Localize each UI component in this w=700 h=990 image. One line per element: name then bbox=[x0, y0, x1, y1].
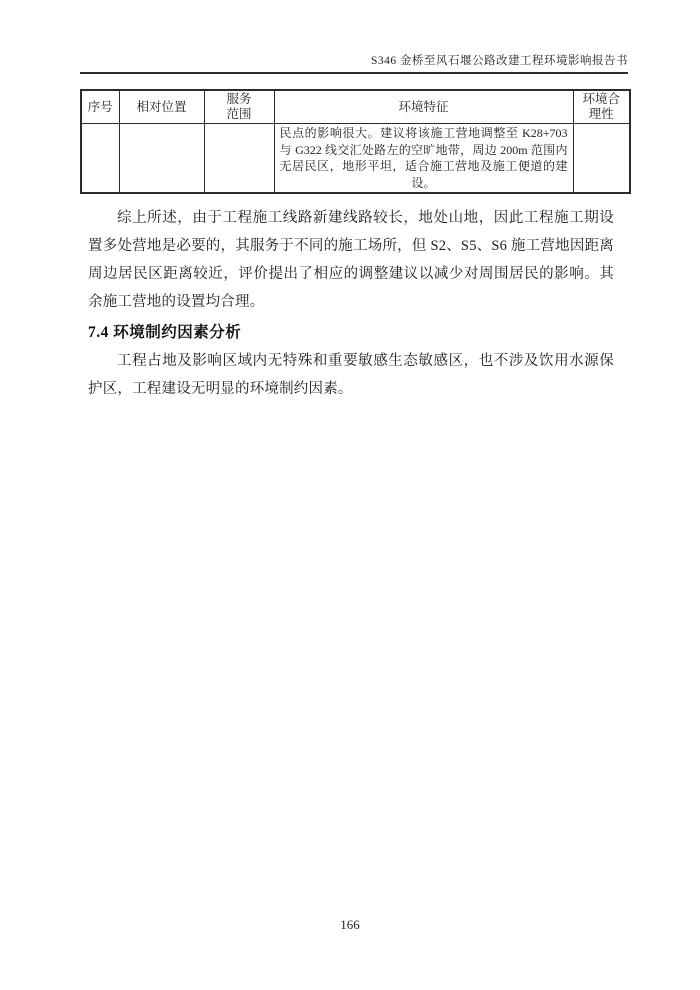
table-header-row: 序号 相对位置 服务 范围 环境特征 环境合 理性 bbox=[81, 90, 630, 124]
column-header-feature: 环境特征 bbox=[274, 90, 573, 124]
column-header-seq: 序号 bbox=[81, 90, 119, 124]
table-row: 民点的影响很大。建议将该施工营地调整至 K28+703 与 G322 线交汇处路… bbox=[81, 124, 630, 194]
summary-paragraph: 综上所述，由于工程施工线路新建线路较长，地处山地，因此工程施工期设置多处营地是必… bbox=[88, 204, 614, 316]
column-header-position: 相对位置 bbox=[119, 90, 204, 124]
running-header-title: S346 金桥至风石堰公路改建工程环境影响报告书 bbox=[80, 53, 628, 69]
cell-seq bbox=[81, 124, 119, 194]
column-header-rationality: 环境合 理性 bbox=[573, 90, 630, 124]
environment-feature-table: 序号 相对位置 服务 范围 环境特征 环境合 理性 民点的影响很大。建议将该施工… bbox=[80, 89, 631, 194]
document-page: S346 金桥至风石堰公路改建工程环境影响报告书 序号 相对位置 服务 范围 环… bbox=[0, 0, 700, 990]
body-content: 综上所述，由于工程施工线路新建线路较长，地处山地，因此工程施工期设置多处营地是必… bbox=[88, 204, 614, 403]
cell-rationality bbox=[573, 124, 630, 194]
cell-scope bbox=[204, 124, 274, 194]
column-header-scope: 服务 范围 bbox=[204, 90, 274, 124]
section-heading-7-4: 7.4 环境制约因素分析 bbox=[88, 321, 614, 345]
header-divider bbox=[80, 72, 628, 74]
cell-feature: 民点的影响很大。建议将该施工营地调整至 K28+703 与 G322 线交汇处路… bbox=[274, 124, 573, 194]
cell-position bbox=[119, 124, 204, 194]
constraints-paragraph: 工程占地及影响区域内无特殊和重要敏感生态敏感区，也不涉及饮用水源保护区，工程建设… bbox=[88, 347, 614, 403]
page-number: 166 bbox=[0, 917, 700, 933]
